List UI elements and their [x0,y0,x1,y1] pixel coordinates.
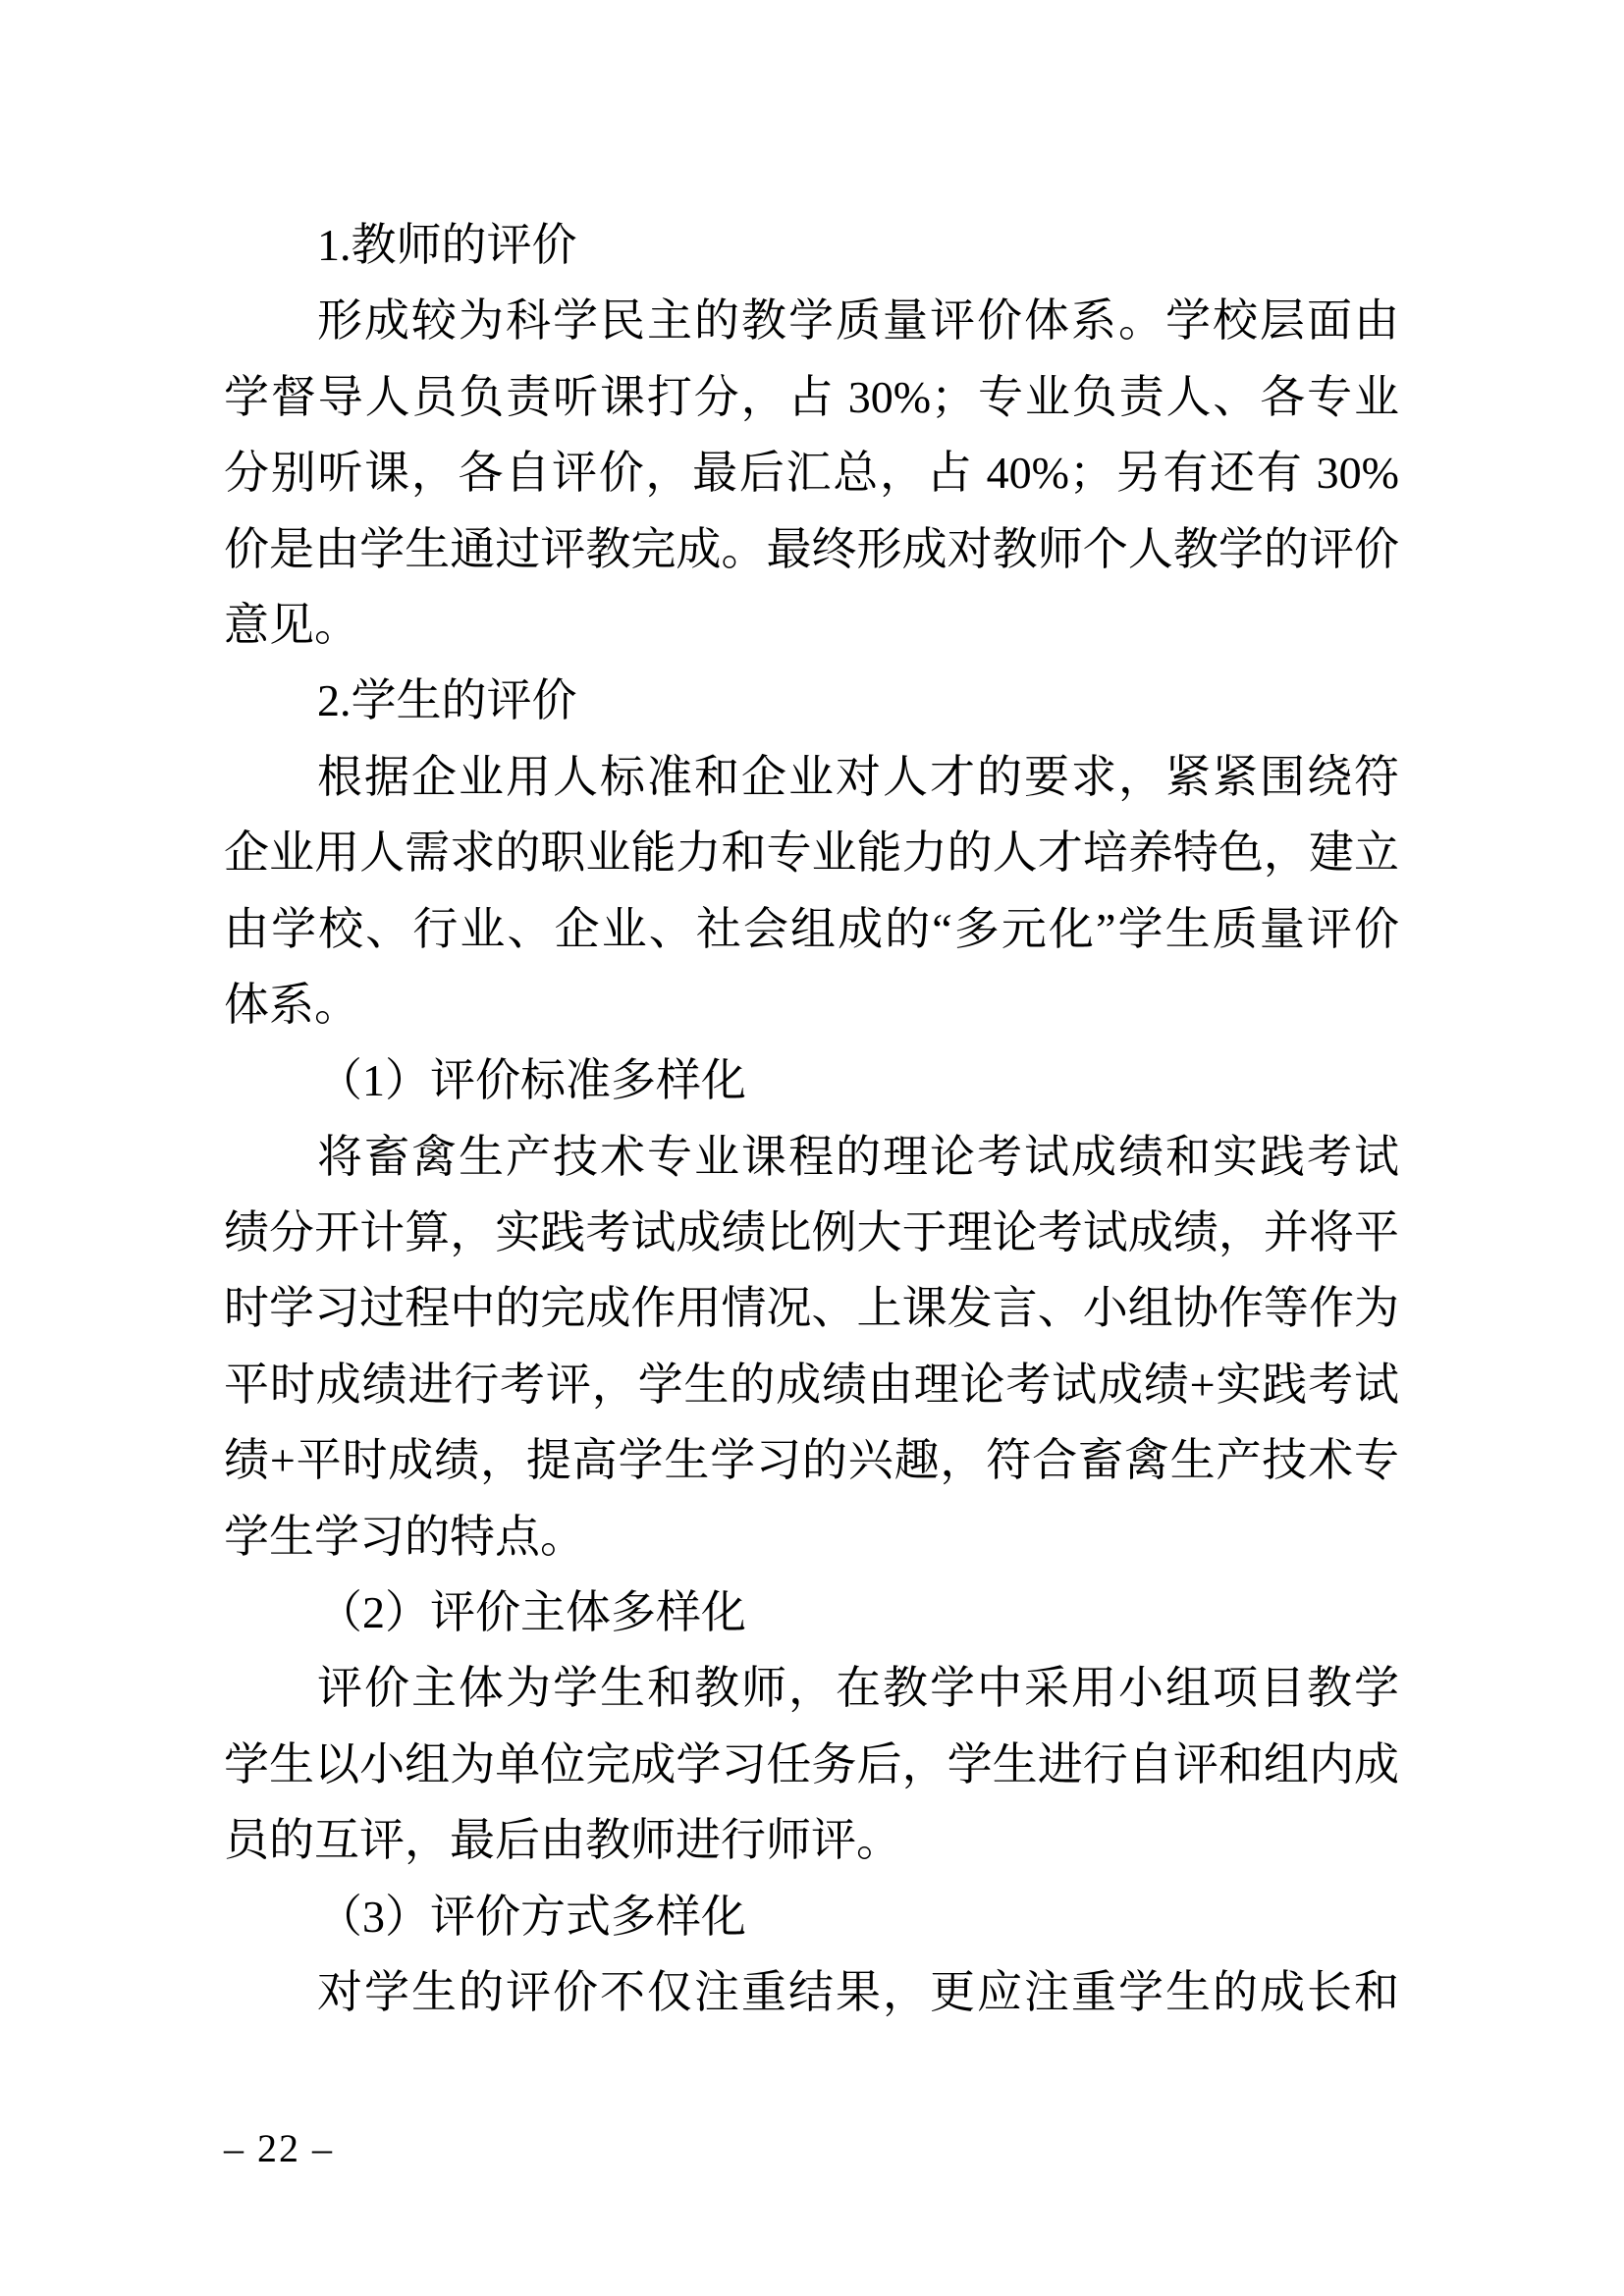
text-line: 由学校、行业、企业、社会组成的“多元化”学生质量评价 [224,891,1399,967]
text-line: 员的互评，最后由教师进行师评。 [224,1802,1399,1878]
text-line: 形成较为科学民主的教学质量评价体系。学校层面由教 [224,283,1399,358]
text-line: （2）评价主体多样化 [224,1575,1399,1650]
page-number: – 22 – [224,2128,334,2169]
text-line: 根据企业用人标准和企业对人才的要求，紧紧围绕符合 [224,739,1399,815]
text-line: 分别听课，各自评价，最后汇总，占 40%；另有还有 30%的评 [224,435,1399,510]
text-line: 学生学习的特点。 [224,1499,1399,1575]
text-line: （3）评价方式多样化 [224,1879,1399,1954]
body-text: 1.教师的评价形成较为科学民主的教学质量评价体系。学校层面由教学督导人员负责听课… [224,207,1399,2030]
text-line: 2.学生的评价 [224,663,1399,738]
document-page: 1.教师的评价形成较为科学民主的教学质量评价体系。学校层面由教学督导人员负责听课… [0,0,1624,2296]
text-line: 平时成绩进行考评，学生的成绩由理论考试成绩+实践考试成 [224,1347,1399,1422]
text-line: 时学习过程中的完成作用情况、上课发言、小组协作等作为 [224,1270,1399,1346]
text-line: 意见。 [224,587,1399,663]
text-line: 企业用人需求的职业能力和专业能力的人才培养特色，建立 [224,815,1399,890]
text-line: 价是由学生通过评教完成。最终形成对教师个人教学的评价 [224,511,1399,587]
text-line: 学督导人员负责听课打分，占 30%；专业负责人、各专业教师 [224,359,1399,435]
text-line: 学生以小组为单位完成学习任务后，学生进行自评和组内成 [224,1727,1399,1802]
text-line: 对学生的评价不仅注重结果，更应注重学生的成长和学 [224,1954,1399,2030]
text-line: 绩+平时成绩，提高学生学习的兴趣，符合畜禽生产技术专业 [224,1422,1399,1498]
text-line: 体系。 [224,967,1399,1042]
text-line: 评价主体为学生和教师，在教学中采用小组项目教学法， [224,1650,1399,1726]
text-line: （1）评价标准多样化 [224,1042,1399,1118]
text-line: 绩分开计算，实践考试成绩比例大于理论考试成绩，并将平 [224,1195,1399,1270]
text-line: 1.教师的评价 [224,207,1399,283]
text-line: 将畜禽生产技术专业课程的理论考试成绩和实践考试成 [224,1119,1399,1195]
